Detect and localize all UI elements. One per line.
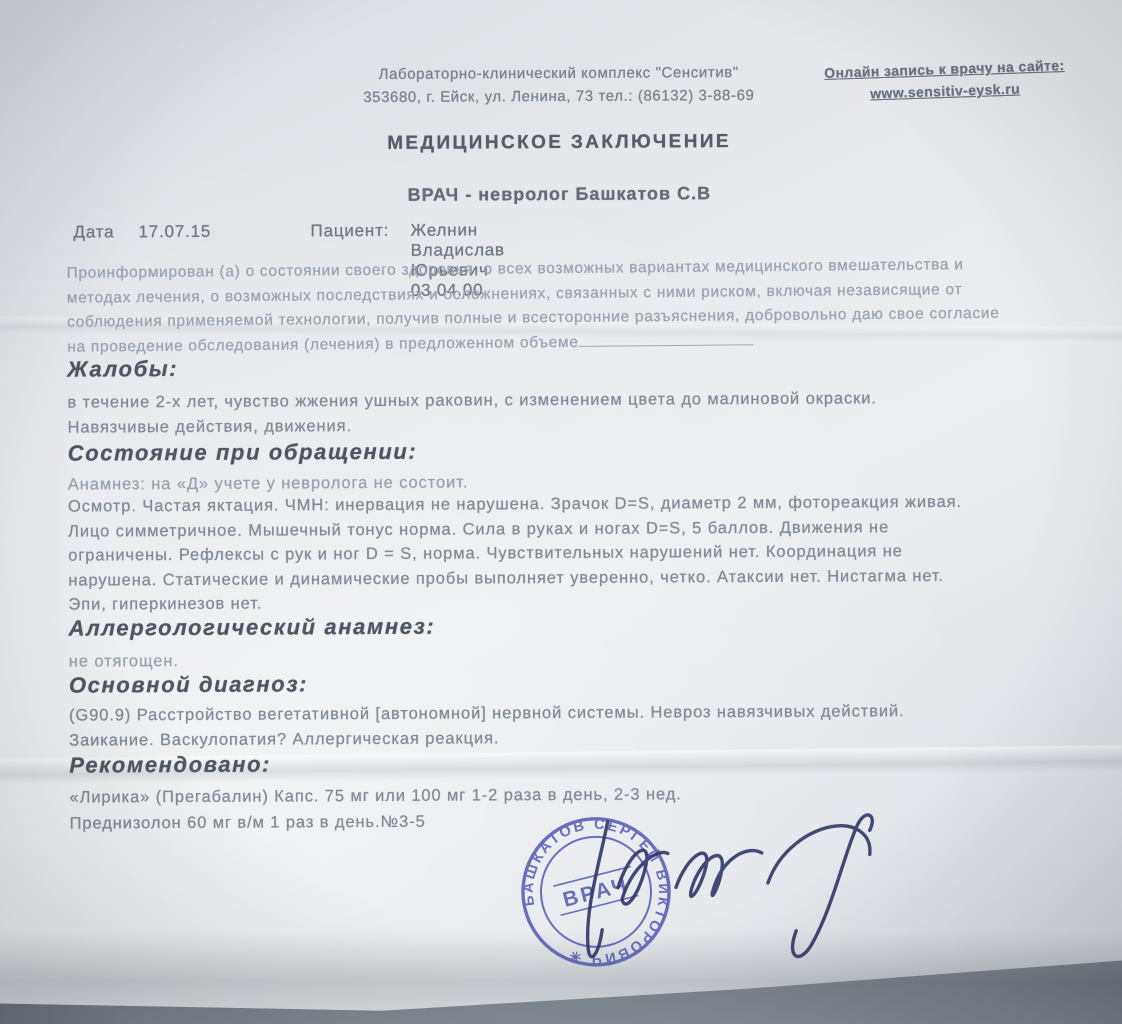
stamp-and-signature: БАШКАТОВ СЕРГЕЙ ВИКТОРОВИЧ ✳ ВРАЧ	[479, 790, 920, 1012]
section-heading-status: Состояние при обращении:	[68, 439, 418, 467]
section-body-diagnosis: (G90.9) Расстройство вегетативной [автон…	[69, 698, 1099, 753]
date-label: Дата	[73, 222, 114, 242]
scanned-document-photo: Лабораторно-клинический комплекс "Сенсит…	[0, 0, 1122, 1024]
document-content: Лабораторно-клинический комплекс "Сенсит…	[0, 0, 1122, 1024]
section-heading-diagnosis: Основной диагноз:	[69, 671, 308, 698]
section-heading-allergy: Аллергологический анамнез:	[69, 614, 436, 642]
document-title: МЕДИЦИНСКОЕ ЗАКЛЮЧЕНИЕ	[0, 129, 1120, 157]
doctor-line: ВРАЧ - невролог Башкатов С.В	[0, 181, 1120, 208]
section-heading-recommendations: Рекомендовано:	[69, 752, 271, 779]
body-line: Навязчивые действия, движения.	[67, 410, 1097, 440]
section-body-complaints: в течение 2-х лет, чувство жжения ушных …	[67, 385, 1097, 440]
body-line: Эпи, гиперкинезов нет.	[68, 587, 1098, 617]
doctor-round-stamp: БАШКАТОВ СЕРГЕЙ ВИКТОРОВИЧ ✳ ВРАЧ	[505, 800, 688, 983]
body-line: Заикание. Васкулопатия? Аллергическая ре…	[69, 723, 1099, 753]
consent-blank-line	[579, 344, 754, 347]
date-value: 17.07.15	[138, 222, 211, 242]
patient-label: Пациент:	[310, 221, 389, 241]
consent-paragraph: Проинформирован (а) о состоянии своего з…	[66, 252, 1072, 360]
section-body-status: Осмотр. Частая яктация. ЧМН: инервация н…	[68, 489, 1099, 617]
section-body-allergy: не отягощен.	[69, 644, 1099, 674]
section-heading-complaints: Жалобы:	[67, 356, 178, 383]
